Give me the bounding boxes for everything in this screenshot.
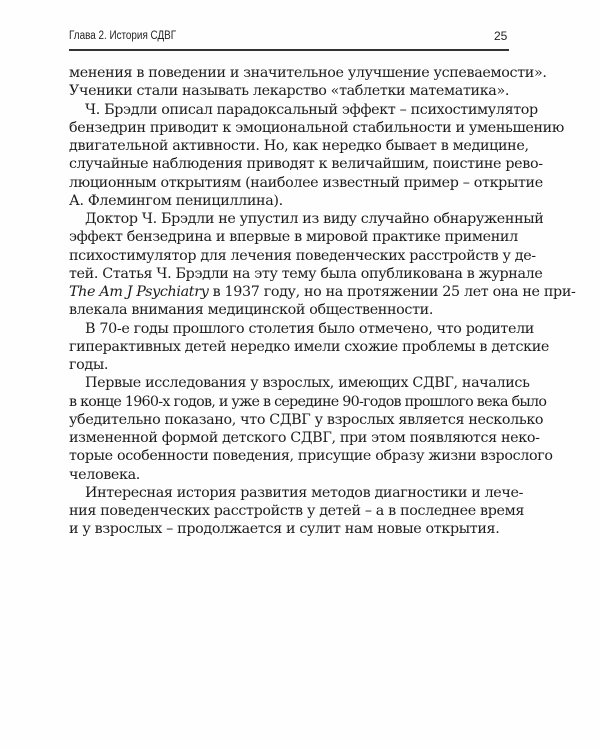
paragraph: менения в поведении и значительное улучш… [69, 64, 514, 101]
text-line: В 70-е годы прошлого столетия было отмеч… [69, 320, 514, 338]
paragraph: Доктор Ч. Брэдли не упустил из виду случ… [69, 210, 514, 320]
text-line: случайные наблюдения приводят к величайш… [69, 155, 514, 173]
text-line: люционным открытиям (наиболее известный … [69, 174, 514, 192]
text-line: Ч. Брэдли описал парадоксальный эффект –… [69, 101, 514, 119]
page-number: 25 [494, 29, 507, 43]
text-line: эффект бензедрина и впервые в мировой пр… [69, 228, 514, 246]
text-line: и у взрослых – продолжается и сулит нам … [69, 520, 514, 538]
text-line: гиперактивных детей нередко имели схожие… [69, 338, 514, 356]
text-line: психостимулятор для лечения поведенчески… [69, 247, 514, 265]
text-line: измененной формой детского СДВГ, при это… [69, 429, 514, 447]
text-line: Первые исследования у взрослых, имеющих … [69, 374, 514, 392]
paragraph: В 70-е годы прошлого столетия было отмеч… [69, 320, 514, 375]
text-line: влекала внимания медицинской общественно… [69, 301, 514, 319]
text-line: тей. Статья Ч. Брэдли на эту тему была о… [69, 265, 514, 283]
text-line: годы. [69, 356, 514, 374]
text-line: торые особенности поведения, присущие об… [69, 447, 514, 465]
journal-title: The Am J Psychiatry [69, 284, 208, 300]
book-page: Глава 2. История СДВГ 25 менения в повед… [0, 0, 600, 750]
paragraph: Ч. Брэдли описал парадоксальный эффект –… [69, 101, 514, 211]
text-line: убедительно показано, что СДВГ у взрослы… [69, 411, 514, 429]
paragraph: Первые исследования у взрослых, имеющих … [69, 374, 514, 484]
text-line: The Am J Psychiatry в 1937 году, но на п… [69, 283, 514, 301]
text-line: ния поведенческих расстройств у детей – … [69, 502, 514, 520]
text-line: бензедрин приводит к эмоциональной стаби… [69, 119, 514, 137]
paragraph: Интересная история развития методов диаг… [69, 484, 514, 539]
text-fragment: в 1937 году, но на протяжении 25 лет она… [208, 284, 575, 300]
header-rule-divider [69, 49, 509, 51]
text-line: менения в поведении и значительное улучш… [69, 64, 514, 82]
text-line: Доктор Ч. Брэдли не упустил из виду случ… [69, 210, 514, 228]
text-line: в конце 1960-х годов, и уже в середине 9… [69, 393, 514, 411]
text-line: Ученики стали называть лекарство «таблет… [69, 82, 514, 100]
text-line: Интересная история развития методов диаг… [69, 484, 514, 502]
text-line: А. Флемингом пенициллина). [69, 192, 514, 210]
text-line: двигательной активности. Но, как нередко… [69, 137, 514, 155]
running-head-title: Глава 2. История СДВГ [69, 30, 447, 48]
text-line: человека. [69, 466, 514, 484]
body-text: менения в поведении и значительное улучш… [69, 64, 514, 539]
